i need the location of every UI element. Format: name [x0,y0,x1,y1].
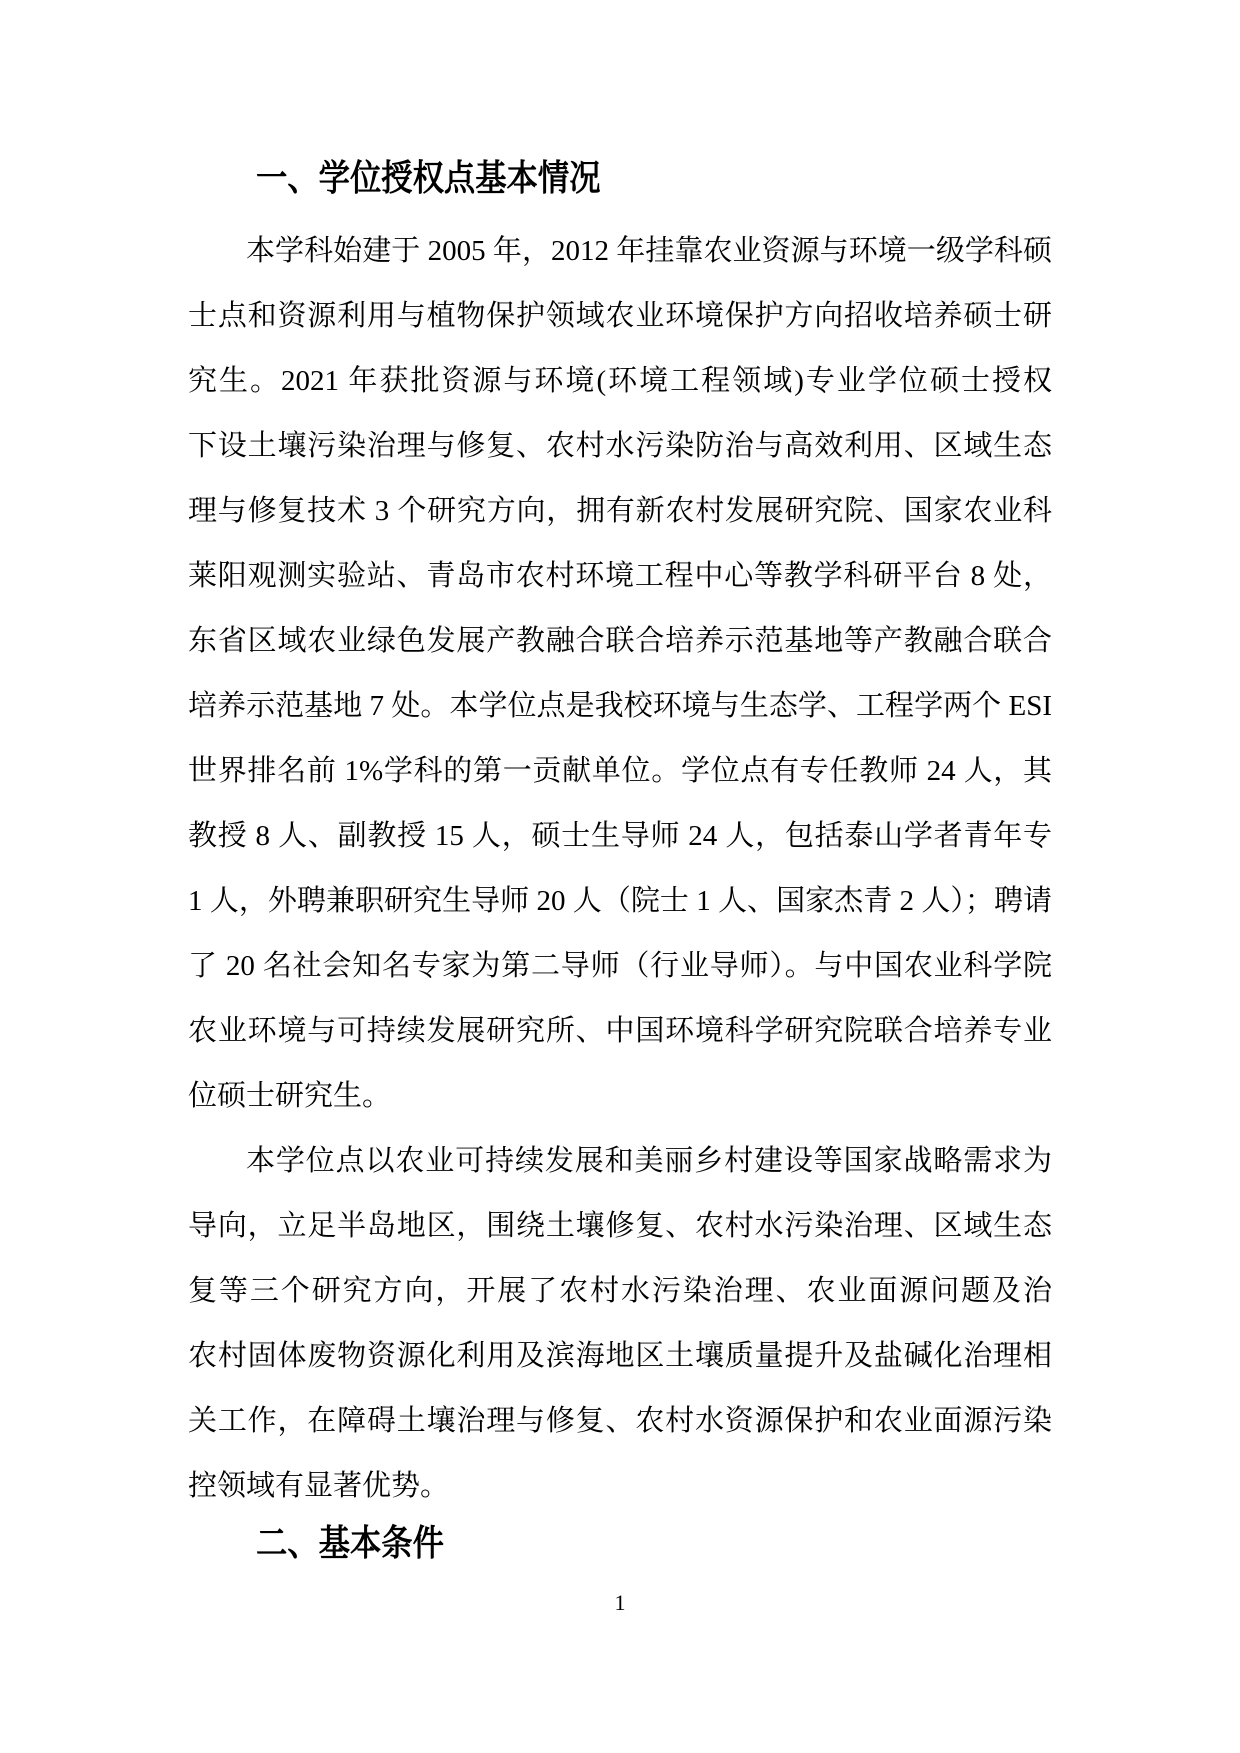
paragraph-1-line: 本学科始建于 2005 年，2012 年挂靠农业资源与环境一级学科硕 [188,219,1052,284]
paragraph-1-line: 东省区域农业绿色发展产教融合联合培养示范基地等产教融合联合 [188,609,1052,674]
paragraph-2-line: 农村固体废物资源化利用及滨海地区土壤质量提升及盐碱化治理相 [188,1324,1052,1389]
paragraph-1-line: 培养示范基地 7 处。本学位点是我校环境与生态学、工程学两个 ESI [188,674,1052,739]
paragraph-2-line: 导向，立足半岛地区，围绕土壤修复、农村水污染治理、区域生态修 [188,1194,1052,1259]
paragraph-1-line: 了 20 名社会知名专家为第二导师（行业导师）。与中国农业科学院 [188,934,1052,999]
paragraph-2-line: 本学位点以农业可持续发展和美丽乡村建设等国家战略需求为 [188,1129,1052,1194]
paragraph-1-line: 农业环境与可持续发展研究所、中国环境科学研究院联合培养专业学 [188,999,1052,1064]
paragraph-2-line: 控领域有显著优势。 [188,1454,1052,1519]
paragraph-1-line: 1 人，外聘兼职研究生导师 20 人（院士 1 人、国家杰青 2 人）；聘请 [188,869,1052,934]
paragraph-2-line: 复等三个研究方向，开展了农村水污染治理、农业面源问题及治理、 [188,1259,1052,1324]
paragraph-1-line: 士点和资源利用与植物保护领域农业环境保护方向招收培养硕士研 [188,284,1052,349]
paragraph-1-line: 究生。2021 年获批资源与环境(环境工程领域)专业学位硕士授权点， [188,349,1052,414]
document-page: 一、学位授权点基本情况 本学科始建于 2005 年，2012 年挂靠农业资源与环… [0,0,1240,1753]
section-1-heading: 一、学位授权点基本情况 [256,156,601,200]
paragraph-1-line: 位硕士研究生。 [188,1064,1052,1129]
page-number: 1 [0,1591,1240,1615]
paragraph-1-line: 教授 8 人、副教授 15 人，硕士生导师 24 人，包括泰山学者青年专家 [188,804,1052,869]
paragraph-1-line: 莱阳观测实验站、青岛市农村环境工程中心等教学科研平台 8 处，山 [188,544,1052,609]
paragraph-1-line: 理与修复技术 3 个研究方向，拥有新农村发展研究院、国家农业科学 [188,479,1052,544]
section-2-heading: 二、基本条件 [256,1521,444,1565]
paragraph-1-line: 下设土壤污染治理与修复、农村水污染防治与高效利用、区域生态管 [188,414,1052,479]
paragraph-2-line: 关工作，在障碍土壤治理与修复、农村水资源保护和农业面源污染防 [188,1389,1052,1454]
document-body: 本学科始建于 2005 年，2012 年挂靠农业资源与环境一级学科硕 士点和资源… [188,219,1052,1519]
paragraph-1-line: 世界排名前 1%学科的第一贡献单位。学位点有专任教师 24 人，其中 [188,739,1052,804]
